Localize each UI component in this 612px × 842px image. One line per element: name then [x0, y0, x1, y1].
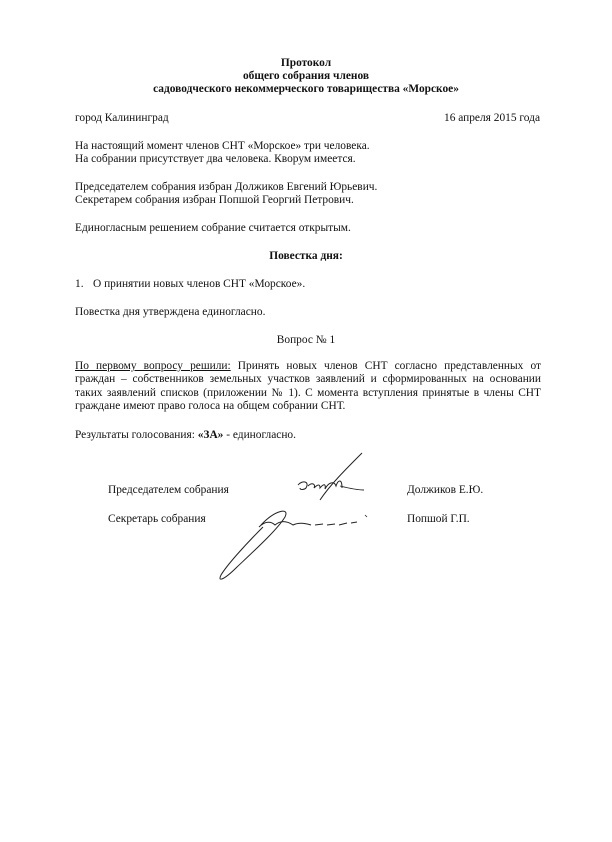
- agenda-item-text: О принятии новых членов СНТ «Морское».: [93, 278, 305, 291]
- secretary-elected-text: Секретарем собрания избран Попшой Георги…: [75, 194, 354, 207]
- decision-line-4: граждане имеют право голоса на общем соб…: [75, 400, 541, 413]
- results-rest: - единогласно.: [223, 429, 296, 441]
- date-label: 16 апреля 2015 года: [444, 112, 540, 125]
- quorum-text: На собрании присутствует два человека. К…: [75, 153, 356, 166]
- decision-paragraph: По первому вопросу решили: Принять новых…: [75, 360, 541, 414]
- document-subtitle-1: общего собрания членов: [0, 70, 612, 83]
- secretary-signature-icon: [215, 505, 385, 585]
- place-label: город Калининград: [75, 112, 169, 125]
- document-title: Протокол: [0, 57, 612, 70]
- chair-elected-text: Председателем собрания избран Должиков Е…: [75, 181, 377, 194]
- agenda-heading: Повестка дня:: [0, 250, 612, 263]
- decision-line-3: таких заявлений списков (приложении № 1)…: [75, 387, 541, 400]
- chair-signature-icon: [290, 450, 380, 510]
- decision-label: По первому вопросу решили:: [75, 360, 231, 372]
- secretary-role-label: Секретарь собрания: [108, 513, 206, 526]
- members-count-text: На настоящий момент членов СНТ «Морское»…: [75, 140, 370, 153]
- question-heading: Вопрос № 1: [0, 334, 612, 347]
- results-vote: «ЗА»: [198, 429, 224, 441]
- decision-line-1: По первому вопросу решили: Принять новых…: [75, 360, 541, 373]
- chair-role-label: Председателем собрания: [108, 484, 229, 497]
- decision-text-1: Принять новых членов СНТ согласно предст…: [238, 360, 541, 372]
- chair-name-label: Должиков Е.Ю.: [407, 484, 483, 497]
- decision-line-2: граждан – собственников земельных участк…: [75, 373, 541, 386]
- voting-results: Результаты голосования: «ЗА» - единоглас…: [75, 429, 296, 442]
- results-label: Результаты голосования:: [75, 429, 195, 441]
- secretary-name-label: Попшой Г.П.: [407, 513, 470, 526]
- agenda-approved-text: Повестка дня утверждена единогласно.: [75, 306, 265, 319]
- opening-text: Единогласным решением собрание считается…: [75, 222, 351, 235]
- agenda-item-number: 1.: [75, 278, 84, 291]
- document-subtitle-2: садоводческого некоммерческого товарищес…: [0, 83, 612, 96]
